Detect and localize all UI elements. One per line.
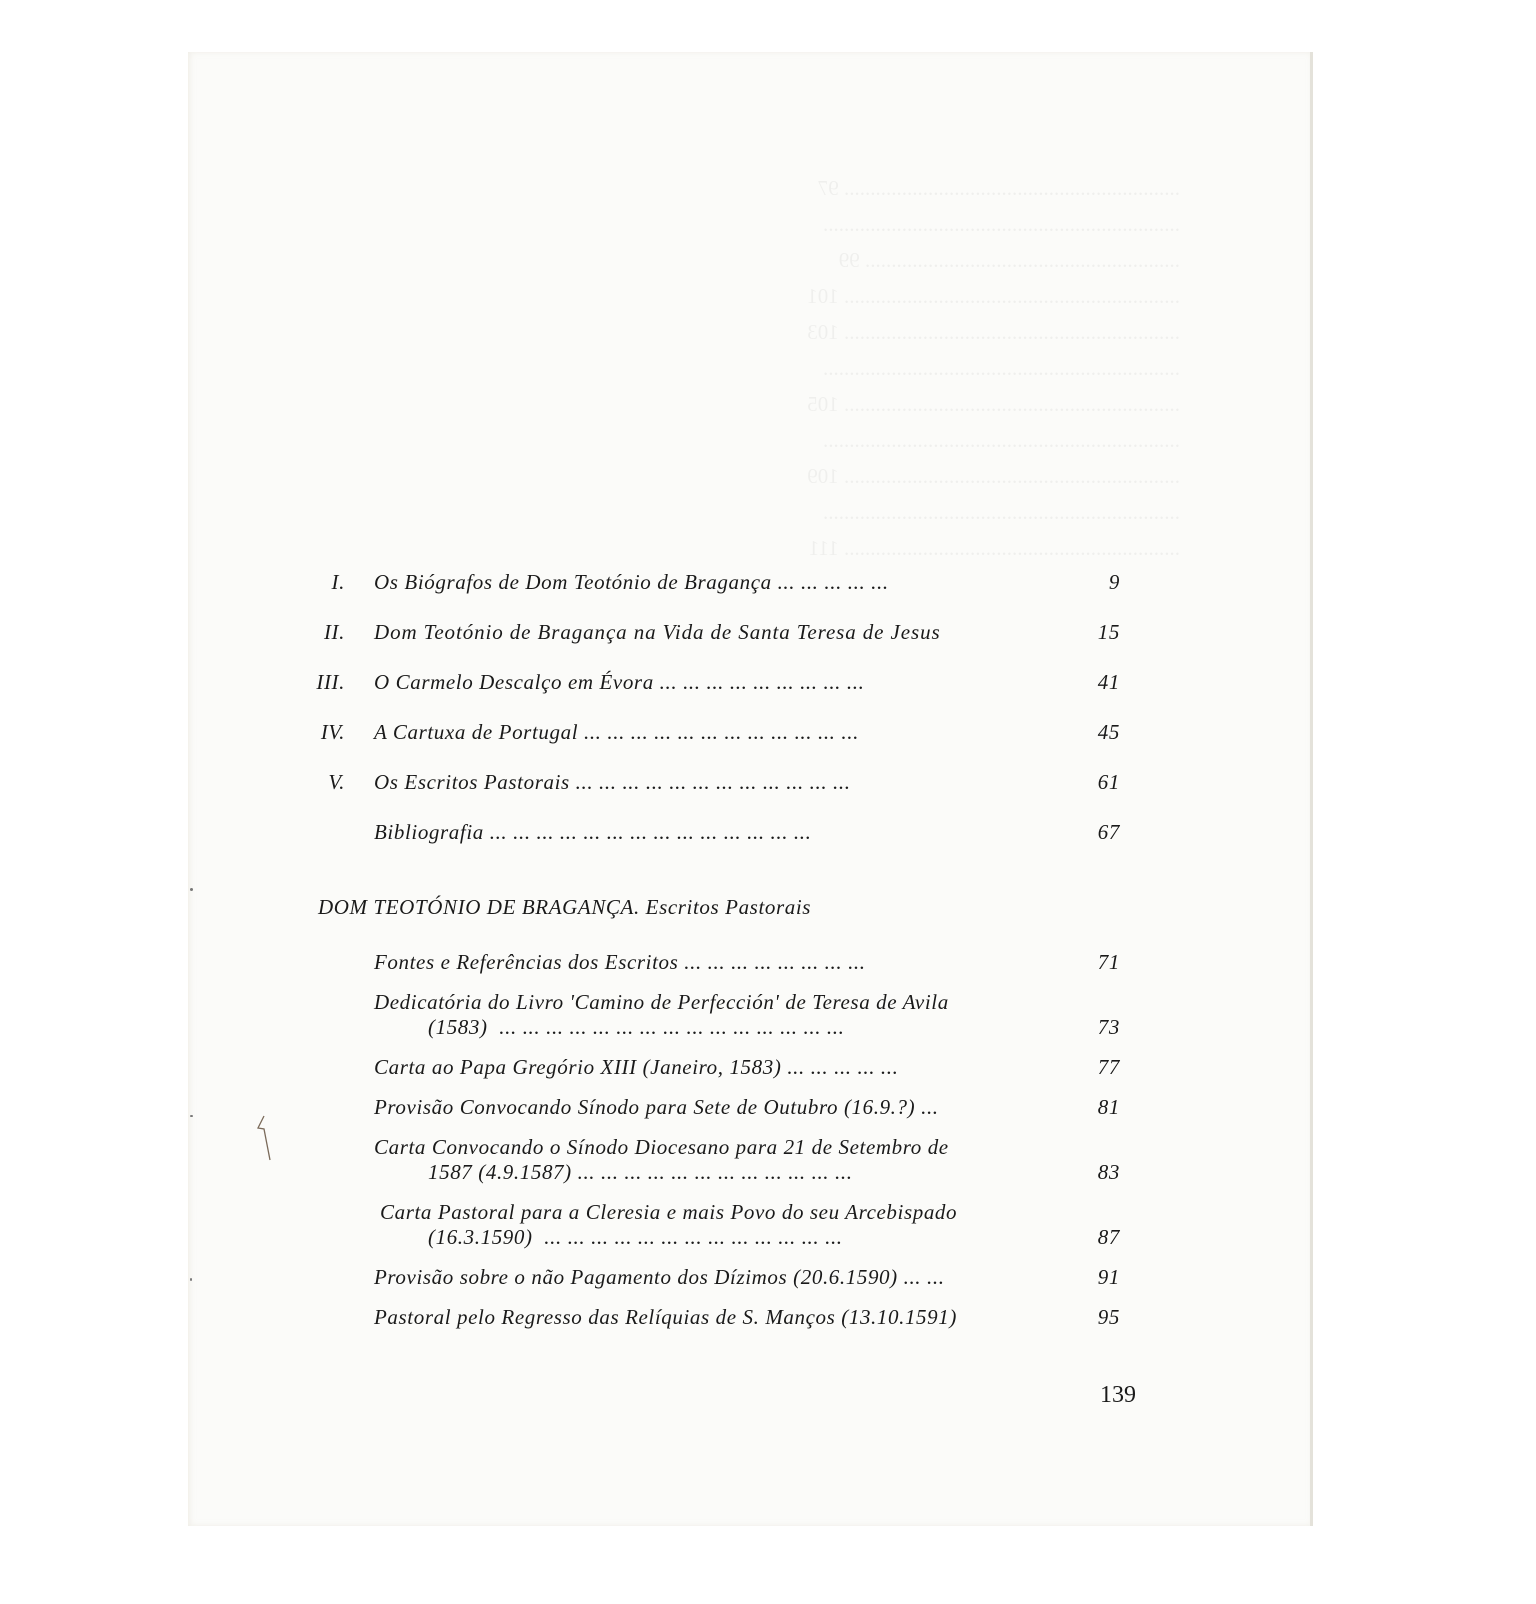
chapter-title: Dom Teotónio de Bragança na Vida de Sant… (374, 620, 941, 645)
pencil-mark-icon (255, 1112, 285, 1172)
chapter-title: A Cartuxa de Portugal ... ... ... ... ..… (374, 720, 859, 745)
bleed-through-text: ........................................… (300, 170, 1180, 566)
entry-title: Carta Convocando o Sínodo Diocesano para… (374, 1135, 949, 1160)
chapter-numeral: IV. (285, 720, 345, 745)
section-heading: DOM TEOTÓNIO DE BRAGANÇA. Escritos Pasto… (318, 895, 811, 920)
scan-speck (190, 1115, 193, 1117)
entry-page: 87 (1070, 1225, 1120, 1250)
chapter-title: Os Escritos Pastorais ... ... ... ... ..… (374, 770, 851, 795)
page-number: 139 (1100, 1382, 1136, 1409)
chapter-page: 61 (1070, 770, 1120, 795)
entry-title: Fontes e Referências dos Escritos ... ..… (374, 950, 866, 975)
chapter-numeral: V. (285, 770, 345, 795)
entry-page: 95 (1070, 1305, 1120, 1330)
entry-title-continuation: (1583) ... ... ... ... ... ... ... ... .… (428, 1015, 844, 1040)
entry-title-continuation: 1587 (4.9.1587) ... ... ... ... ... ... … (428, 1160, 853, 1185)
entry-page: 83 (1070, 1160, 1120, 1185)
scan-speck (190, 888, 193, 891)
chapter-numeral: I. (285, 570, 345, 595)
entry-title: Pastoral pelo Regresso das Relíquias de … (374, 1305, 957, 1330)
entry-title: Dedicatória do Livro 'Camino de Perfecci… (374, 990, 949, 1015)
chapter-numeral: II. (285, 620, 345, 645)
entry-page: 73 (1070, 1015, 1120, 1040)
chapter-page: 67 (1070, 820, 1120, 845)
chapter-title: O Carmelo Descalço em Évora ... ... ... … (374, 670, 864, 695)
entry-page: 81 (1070, 1095, 1120, 1120)
entry-title-continuation: (16.3.1590) ... ... ... ... ... ... ... … (428, 1225, 843, 1250)
scan-speck (190, 1278, 192, 1281)
chapter-page: 45 (1070, 720, 1120, 745)
entry-title: Carta Pastoral para a Cleresia e mais Po… (380, 1200, 957, 1225)
entry-page: 91 (1070, 1265, 1120, 1290)
entry-title: Provisão sobre o não Pagamento dos Dízim… (374, 1265, 945, 1290)
chapter-page: 9 (1070, 570, 1120, 595)
chapter-title: Os Biógrafos de Dom Teotónio de Bragança… (374, 570, 889, 595)
chapter-page: 41 (1070, 670, 1120, 695)
chapter-numeral: III. (285, 670, 345, 695)
entry-page: 71 (1070, 950, 1120, 975)
entry-title: Provisão Convocando Sínodo para Sete de … (374, 1095, 939, 1120)
entry-page: 77 (1070, 1055, 1120, 1080)
chapter-page: 15 (1070, 620, 1120, 645)
chapter-title: Bibliografia ... ... ... ... ... ... ...… (374, 820, 811, 845)
entry-title: Carta ao Papa Gregório XIII (Janeiro, 15… (374, 1055, 898, 1080)
